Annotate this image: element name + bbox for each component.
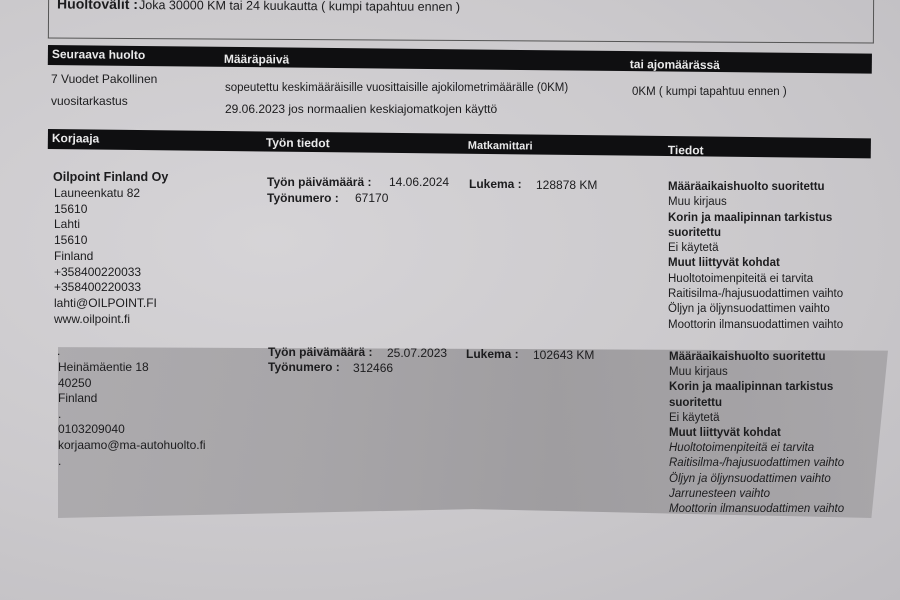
work-date-label: Työn päivämäärä :: [268, 345, 372, 359]
work-number: 67170: [355, 191, 388, 205]
document-photo: Huoltovälit : Joka 30000 KM tai 24 kuuka…: [0, 0, 900, 600]
service-details: Määräaikaishuolto suoritettuMuu kirjausK…: [669, 350, 844, 517]
detail-item: Raitisilma-/hajusuodattimen vaihto: [669, 456, 844, 471]
next-service-name-line1: 7 Vuodet Pakollinen: [51, 72, 157, 86]
detail-item: Määräaikaishuolto suoritettu: [668, 180, 843, 195]
odometer-reading: 128878 KM: [536, 178, 597, 192]
phone: +358400220033: [54, 265, 157, 281]
work-date: 14.06.2024: [389, 175, 449, 189]
detail-item: Muu kirjaus: [669, 365, 844, 380]
service-details: Määräaikaishuolto suoritettuMuu kirjausK…: [668, 180, 843, 333]
detail-item: Öljyn ja öljynsuodattimen vaihto: [669, 472, 844, 487]
detail-item: Raitisilma-/hajusuodattimen vaihto: [668, 287, 843, 302]
detail-item: Huoltotoimenpiteitä ei tarvita: [668, 272, 843, 287]
odometer-reading: 102643 KM: [533, 348, 594, 362]
header-details: Tiedot: [668, 143, 704, 157]
repairer-name: .: [57, 344, 60, 358]
due-date-line1: sopeutettu keskimääräisille vuosittaisil…: [225, 82, 568, 94]
website: www.oilpoint.fi: [54, 312, 157, 328]
work-date: 25.07.2023: [387, 346, 447, 360]
detail-item: Muut liittyvät kohdat: [669, 426, 844, 441]
address-line: .: [58, 407, 206, 423]
work-number-label: Työnumero :: [268, 360, 340, 374]
work-date-label: Työn päivämäärä :: [267, 175, 371, 189]
phone: 0103209040: [58, 422, 206, 438]
detail-item: Moottorin ilmansuodattimen vaihto: [669, 502, 844, 517]
address-line: 15610: [54, 233, 157, 249]
detail-item: suoritettu: [669, 396, 844, 411]
header-next-service: Seuraava huolto: [52, 47, 146, 62]
work-number-label: Työnumero :: [267, 191, 339, 205]
address-line: Lahti: [54, 217, 157, 233]
address-line: Finland: [54, 249, 157, 265]
detail-item: Öljyn ja öljynsuodattimen vaihto: [668, 302, 843, 317]
reading-label: Lukema :: [469, 177, 522, 191]
header-work-info: Työn tiedot: [266, 135, 330, 150]
detail-item: Muut liittyvät kohdat: [668, 256, 843, 271]
detail-item: Moottorin ilmansuodattimen vaihto: [668, 318, 843, 333]
address-line: 15610: [54, 202, 157, 218]
header-repairer: Korjaaja: [52, 131, 100, 146]
reading-label: Lukema :: [466, 347, 519, 361]
detail-item: Ei käytetä: [668, 241, 843, 256]
due-date-line2: 29.06.2023 jos normaalien keskiajomatkoj…: [225, 102, 497, 116]
service-interval-text: Joka 30000 KM tai 24 kuukautta ( kumpi t…: [139, 0, 460, 14]
address-line: Finland: [58, 391, 206, 407]
service-interval-box: Huoltovälit : Joka 30000 KM tai 24 kuuka…: [48, 0, 874, 44]
work-history-header: Korjaaja Työn tiedot Matkamittari Tiedot: [48, 129, 871, 158]
address-line: .: [58, 454, 206, 470]
address-line: Launeenkatu 82: [54, 186, 157, 202]
detail-item: Muu kirjaus: [668, 195, 843, 210]
repairer-name: Oilpoint Finland Oy: [53, 170, 168, 184]
detail-item: Korin ja maalipinnan tarkistus: [668, 211, 843, 226]
repairer-address: Heinämäentie 18 40250 Finland . 01032090…: [58, 360, 206, 469]
detail-item: Määräaikaishuolto suoritettu: [669, 350, 844, 365]
phone: +358400220033: [54, 280, 157, 296]
detail-item: Ei käytetä: [669, 411, 844, 426]
service-interval-label: Huoltovälit :: [57, 0, 138, 12]
repairer-address: Launeenkatu 82 15610 Lahti 15610 Finland…: [54, 186, 157, 327]
header-due-date: Määräpäivä: [224, 52, 290, 67]
detail-item: suoritettu: [668, 226, 843, 241]
address-line: Heinämäentie 18: [58, 360, 206, 376]
address-line: 40250: [58, 376, 206, 392]
next-service-header: Seuraava huolto Määräpäivä tai ajomääräs…: [48, 45, 872, 74]
work-number: 312466: [353, 361, 393, 375]
header-odometer: Matkamittari: [468, 140, 533, 153]
mileage-value: 0KM ( kumpi tapahtuu ennen ): [632, 86, 787, 98]
detail-item: Korin ja maalipinnan tarkistus: [669, 380, 844, 395]
detail-item: Huoltotoimenpiteitä ei tarvita: [669, 441, 844, 456]
email: lahti@OILPOINT.FI: [54, 296, 157, 312]
detail-item: Jarrunesteen vaihto: [669, 487, 844, 502]
email: korjaamo@ma-autohuolto.fi: [58, 438, 206, 454]
header-mileage: tai ajomäärässä: [630, 57, 720, 72]
next-service-name-line2: vuositarkastus: [51, 94, 128, 108]
